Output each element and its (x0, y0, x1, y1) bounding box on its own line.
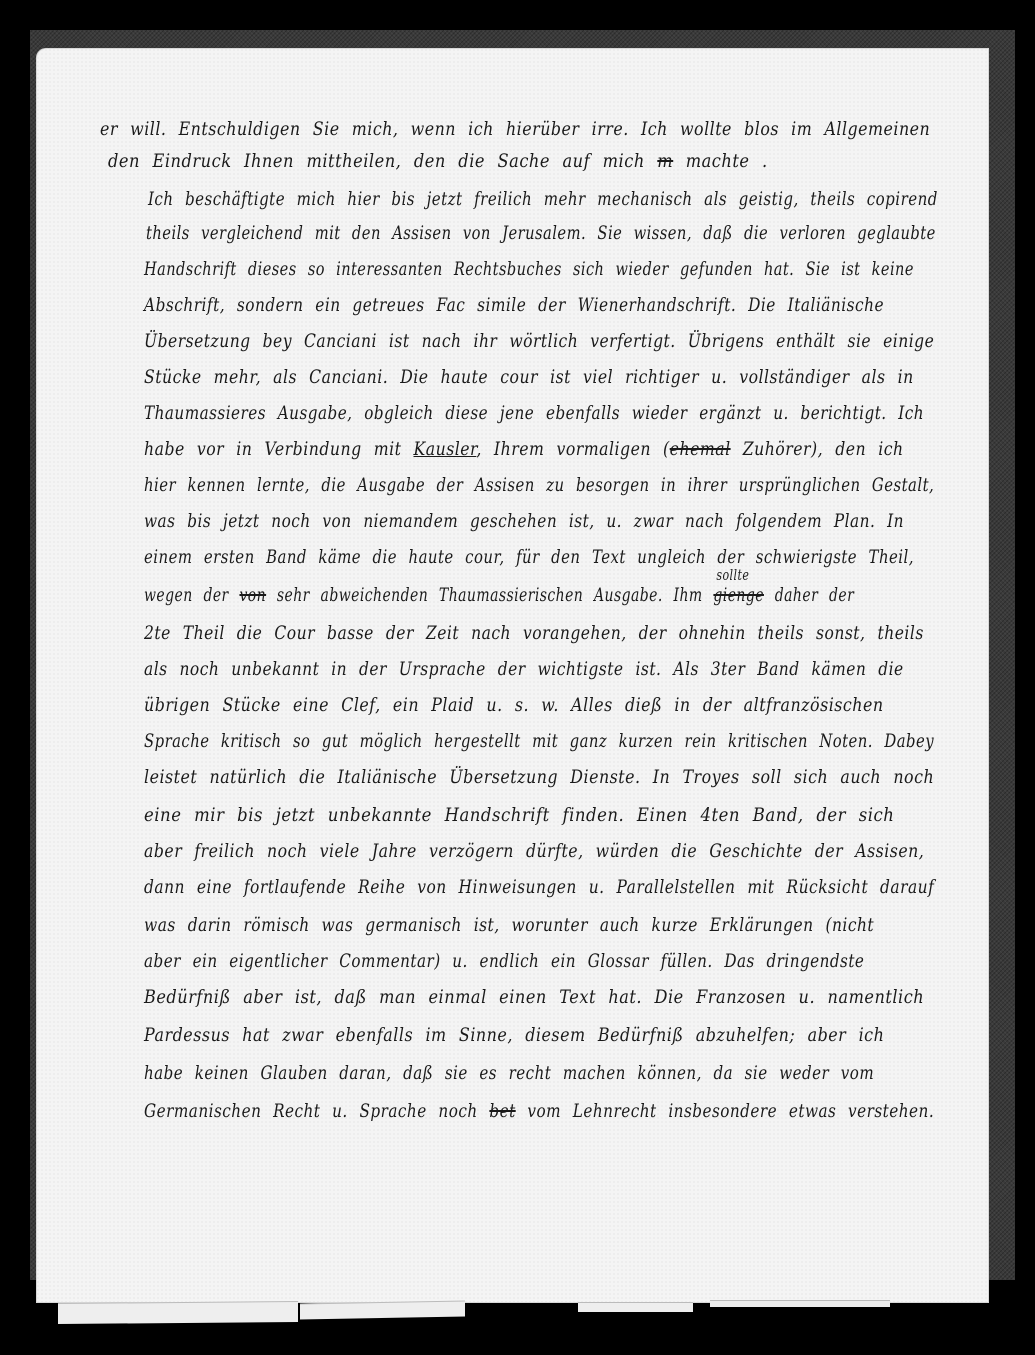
paper-torn-edge (710, 1300, 890, 1307)
handwritten-line: wegen der von sehr abweichenden Thaumass… (144, 584, 854, 606)
handwritten-line: Abschrift, sondern ein getreues Fac simi… (144, 294, 884, 316)
insertion: giengesollte (713, 584, 764, 606)
handwritten-line: was bis jetzt noch von niemandem gescheh… (144, 510, 904, 532)
handwritten-line: eine mir bis jetzt unbekannte Handschrif… (144, 804, 894, 826)
text-segment: dann eine fortlaufende Reihe von Hinweis… (144, 876, 934, 898)
text-segment: Thaumassieres Ausgabe, obgleich diese je… (144, 402, 924, 424)
text-segment: übrigen Stücke eine Clef, ein Plaid u. s… (144, 694, 884, 716)
text-segment: wegen der (144, 584, 239, 606)
text-segment: aber freilich noch viele Jahre verzögern… (144, 840, 924, 862)
handwritten-line: dann eine fortlaufende Reihe von Hinweis… (144, 876, 934, 898)
handwritten-line: habe vor in Verbindung mit Kausler, Ihre… (144, 438, 904, 460)
underlined-word: Kausler (414, 438, 477, 460)
text-segment: Sprache kritisch so gut möglich hergeste… (144, 730, 934, 752)
handwritten-line: den Eindruck Ihnen mittheilen, den die S… (108, 150, 768, 172)
text-segment: Handschrift dieses so interessanten Rech… (144, 258, 914, 280)
struck-word: m (657, 150, 673, 172)
text-segment: Übersetzung bey Canciani ist nach ihr wö… (144, 330, 934, 352)
text-segment: Stücke mehr, als Canciani. Die haute cou… (144, 366, 914, 388)
paper-torn-edge (300, 1301, 465, 1320)
text-segment: was bis jetzt noch von niemandem gescheh… (144, 510, 904, 532)
handwritten-line: Übersetzung bey Canciani ist nach ihr wö… (144, 330, 934, 352)
text-segment: Pardessus hat zwar ebenfalls im Sinne, d… (144, 1024, 884, 1046)
handwritten-line: Ich beschäftigte mich hier bis jetzt fre… (148, 188, 938, 210)
text-segment: sehr abweichenden Thaumassierischen Ausg… (266, 584, 713, 606)
text-segment: daher der (764, 584, 854, 606)
paper-torn-edge (578, 1302, 693, 1312)
text-segment: leistet natürlich die Italiänische Übers… (144, 766, 934, 788)
text-segment: vom Lehnrecht insbesondere etwas versteh… (516, 1100, 934, 1122)
text-segment: als noch unbekannt in der Ursprache der … (144, 658, 904, 680)
handwritten-line: aber ein eigentlicher Commentar) u. endl… (144, 950, 864, 972)
struck-word: von (239, 584, 266, 606)
handwritten-line: als noch unbekannt in der Ursprache der … (144, 658, 904, 680)
handwritten-line: aber freilich noch viele Jahre verzögern… (144, 840, 924, 862)
text-segment: , Ihrem vormaligen ( (476, 438, 669, 460)
handwritten-line: theils vergleichend mit den Assisen von … (146, 222, 936, 244)
text-segment: Zuhörer), den ich (731, 438, 904, 460)
handwritten-line: einem ersten Band käme die haute cour, f… (144, 546, 914, 568)
handwritten-line: Thaumassieres Ausgabe, obgleich diese je… (144, 402, 924, 424)
handwritten-line: Pardessus hat zwar ebenfalls im Sinne, d… (144, 1024, 884, 1046)
text-segment: den Eindruck Ihnen mittheilen, den die S… (108, 150, 657, 172)
text-segment: er will. Entschuldigen Sie mich, wenn ic… (100, 118, 930, 140)
handwritten-line: übrigen Stücke eine Clef, ein Plaid u. s… (144, 694, 884, 716)
handwritten-line: er will. Entschuldigen Sie mich, wenn ic… (100, 118, 930, 140)
handwritten-line: habe keinen Glauben daran, daß sie es re… (144, 1062, 874, 1084)
text-segment: habe keinen Glauben daran, daß sie es re… (144, 1062, 874, 1084)
text-segment: machte . (673, 150, 767, 172)
text-segment: Germanischen Recht u. Sprache noch (144, 1100, 489, 1122)
text-segment: aber ein eigentlicher Commentar) u. endl… (144, 950, 864, 972)
text-segment: Ich beschäftigte mich hier bis jetzt fre… (148, 188, 938, 210)
text-segment: eine mir bis jetzt unbekannte Handschrif… (144, 804, 894, 826)
handwritten-line: Sprache kritisch so gut möglich hergeste… (144, 730, 934, 752)
handwritten-line: Bedürfniß aber ist, daß man einmal einen… (144, 986, 924, 1008)
handwritten-line: hier kennen lernte, die Ausgabe der Assi… (144, 474, 934, 496)
superscript-correction: sollte (716, 566, 749, 584)
text-segment: hier kennen lernte, die Ausgabe der Assi… (144, 474, 934, 496)
handwritten-line: leistet natürlich die Italiänische Übers… (144, 766, 934, 788)
struck-word: gienge (713, 584, 764, 606)
handwritten-line: Germanischen Recht u. Sprache noch bet v… (144, 1100, 934, 1122)
struck-word: ehemal (670, 438, 731, 460)
handwritten-line: Stücke mehr, als Canciani. Die haute cou… (144, 366, 914, 388)
text-segment: einem ersten Band käme die haute cour, f… (144, 546, 914, 568)
text-segment: 2te Theil die Cour basse der Zeit nach v… (144, 622, 924, 644)
text-segment: was darin römisch was germanisch ist, wo… (144, 914, 874, 936)
handwritten-line: Handschrift dieses so interessanten Rech… (144, 258, 914, 280)
paper-torn-edge (58, 1301, 298, 1324)
handwritten-line: 2te Theil die Cour basse der Zeit nach v… (144, 622, 924, 644)
text-segment: theils vergleichend mit den Assisen von … (146, 222, 936, 244)
handwritten-line: was darin römisch was germanisch ist, wo… (144, 914, 874, 936)
struck-word: bet (489, 1100, 515, 1122)
text-segment: habe vor in Verbindung mit (144, 438, 414, 460)
text-segment: Bedürfniß aber ist, daß man einmal einen… (144, 986, 924, 1008)
text-segment: Abschrift, sondern ein getreues Fac simi… (144, 294, 884, 316)
